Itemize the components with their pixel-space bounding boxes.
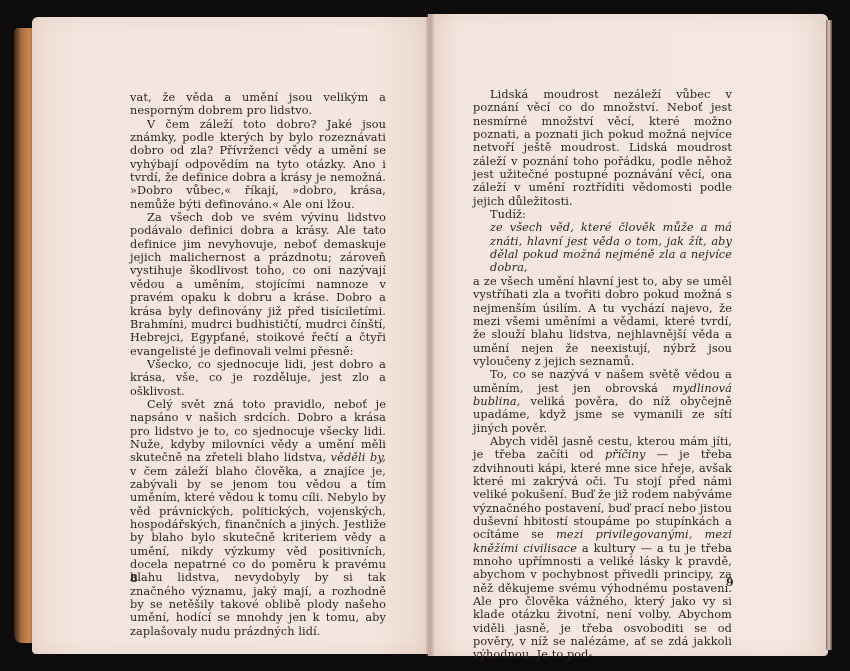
paragraph: Všecko, co sjednocuje lidi, jest dobro a… <box>130 358 386 398</box>
paragraph: To, co se nazývá v našem světě vědou a u… <box>473 368 732 435</box>
paragraph: Za všech dob ve svém vývinu lidstvo podá… <box>130 211 386 358</box>
paragraph: Tudíž: <box>473 208 732 221</box>
paragraph: V čem záleží toto dobro? Jaké jsou známk… <box>130 118 386 211</box>
page-number-left: 8 <box>130 572 138 585</box>
emphasis: věděli by, <box>331 451 386 464</box>
left-page: vat, že věda a umění jsou velikým a nesp… <box>32 17 430 654</box>
paragraph: vat, že věda a umění jsou velikým a nesp… <box>130 91 386 118</box>
italic-quote: ze všech věd, které člověk může a má zná… <box>473 221 732 274</box>
paragraph: Abych viděl jasně cestu, kterou mám jíti… <box>473 435 732 662</box>
paragraph: Celý svět zná toto pravidlo, neboť je na… <box>130 398 386 638</box>
paragraph: Lidská moudrost nezáleží vůbec v poznání… <box>473 88 732 208</box>
book-gutter <box>426 14 434 656</box>
page-stack-edge <box>826 20 832 650</box>
emphasis: příčiny <box>605 448 646 461</box>
right-page-text: Lidská moudrost nezáleží vůbec v poznání… <box>473 88 732 662</box>
paragraph: a ze všech umění hlavní jest to, aby se … <box>473 275 732 368</box>
text-run: a kultury — a tu je třeba mnoho upřímnos… <box>473 542 732 662</box>
page-number-right: 9 <box>726 576 734 589</box>
left-page-text: vat, že věda a umění jsou velikým a nesp… <box>130 91 386 638</box>
text-run: v čem záleží blaho člověka, a znajíce je… <box>130 465 386 638</box>
right-page: Lidská moudrost nezáleží vůbec v poznání… <box>428 14 828 656</box>
